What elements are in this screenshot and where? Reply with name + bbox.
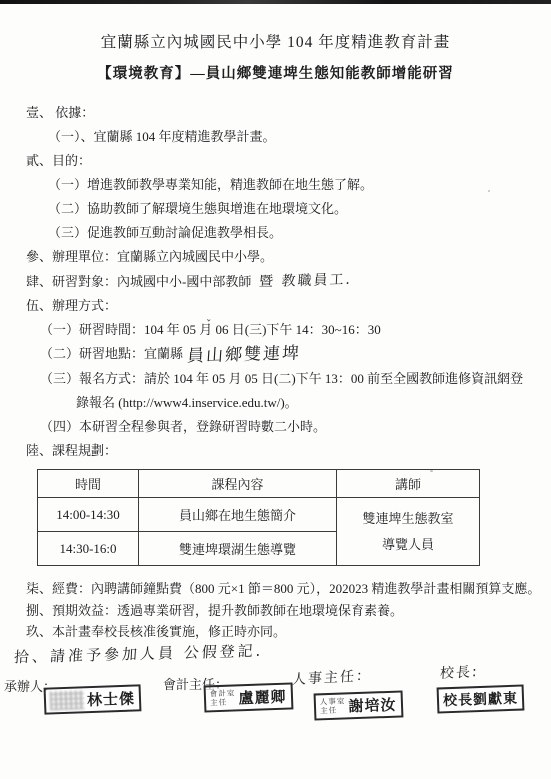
accounting-stamp-title-line2: 主任 — [210, 697, 236, 707]
hr-stamp: 人事室 主任 謝培汝 — [314, 690, 403, 720]
accounting-stamp-title: 會計室 主任 — [210, 689, 236, 707]
line-s5-item2: （二）研習地點：宜蘭縣員山鄉雙連埤 — [40, 342, 551, 367]
document-title: 宜蘭縣立內城國民中小學 104 年度精進教育計畫 — [0, 30, 551, 52]
line-s5-item2-handwritten-place: 員山鄉雙連埤 — [186, 341, 301, 368]
table-header-row: 時間 課程內容 講師 — [38, 470, 480, 498]
line-s4: 肆、研習對象：內城國中小-國中部教師暨 教職員工. — [26, 269, 551, 294]
principal-label-text: 校長: — [440, 660, 480, 682]
column-header-instructor: 講師 — [337, 470, 480, 498]
accounting-stamp: 會計室 主任 盧麗卿 — [204, 682, 293, 712]
line-s7: 柒、經費：內聘講師鐘點費（800 元×1 節＝800 元），202023 精進教… — [26, 578, 551, 600]
cell-time-1: 14:00-14:30 — [38, 498, 139, 532]
scan-noise-dot — [430, 470, 433, 472]
instructor-line1: 雙連埤生態教室 — [343, 506, 473, 532]
cell-time-2: 14:30-16:0 — [38, 532, 139, 566]
line-s4-printed: 肆、研習對象：內城國中小-國中部教師 — [26, 274, 251, 289]
course-schedule-table: 時間 課程內容 講師 14:00-14:30 員山鄉在地生態簡介 雙連埤生態教室… — [37, 469, 480, 566]
table-row: 14:00-14:30 員山鄉在地生態簡介 雙連埤生態教室 導覽人員 — [38, 498, 480, 532]
line-s5-heading: 伍、辦理方式： — [26, 294, 551, 318]
organizer-stamp-name: 林士傑 — [87, 687, 136, 710]
line-s9: 玖、本計畫奉校長核准後實施，修正時亦同。 — [26, 621, 551, 643]
scan-noise-dot — [36, 115, 38, 117]
document-subtitle: 【環境教育】—員山鄉雙連埤生態知能教師增能研習 — [0, 62, 551, 83]
organizer-stamp: 林士傑 — [44, 684, 142, 714]
line-s5-item4: （四）本研習全程參與者，登錄研習時數二小時。 — [40, 415, 551, 439]
cell-instructor-merged: 雙連埤生態教室 導覽人員 — [337, 498, 480, 566]
signature-area: 承辦人： 林士傑 會計主任： 會計室 主任 盧麗卿 人事主任： 人事室 主任 謝… — [0, 670, 551, 779]
instructor-line2: 導覽人員 — [343, 532, 473, 558]
cell-content-1: 員山鄉在地生態簡介 — [139, 498, 337, 532]
line-s1-heading: 壹、 依據： — [26, 101, 551, 125]
stamp-smudge-illegible — [50, 690, 85, 710]
line-s2-item1: （一）增進教師教學專業知能，精進教師在地生態了解。 — [48, 173, 551, 197]
scan-artifact-top-bar — [0, 0, 551, 4]
principal-stamp: 校長劉獻東 — [437, 684, 525, 713]
line-s5-item1: （一）研習時間：104 年 05 月 06 日(三)下午 14：30~16：30 — [40, 318, 551, 342]
line-s2-heading: 貳、目的： — [26, 149, 551, 173]
line-s2-item2: （二）協助教師了解環境生態與增進在地環境文化。 — [48, 197, 551, 221]
line-s5-item3-line2: 錄報名 (http://www4.inservice.edu.tw/)。 — [76, 391, 551, 415]
line-s8: 捌、預期效益：透過專業研習，提升教師教師在地環境保育素養。 — [26, 600, 551, 622]
line-s10-handwritten-text: 拾、請准予參加人員 公假登記. — [13, 639, 264, 668]
principal-stamp-name: 校長劉獻東 — [443, 687, 519, 710]
line-s5-item2-printed: （二）研習地點：宜蘭縣 — [40, 346, 183, 361]
line-s4-handwritten-note: 暨 教職員工. — [259, 268, 353, 294]
hr-stamp-title-line2: 主任 — [320, 705, 346, 715]
scan-noise-dot — [488, 190, 490, 192]
column-header-time: 時間 — [38, 470, 139, 498]
line-s6-heading: 陸、課程規劃： — [26, 439, 551, 463]
accounting-stamp-name: 盧麗卿 — [238, 685, 287, 708]
hr-stamp-name: 謝培汝 — [348, 693, 397, 716]
line-s1-item1: （一）、宜蘭縣 104 年度精進教學計畫。 — [48, 125, 551, 149]
hr-stamp-title: 人事室 主任 — [320, 697, 346, 715]
document-body: 壹、 依據： （一）、宜蘭縣 104 年度精進教學計畫。 貳、目的： （一）增進… — [0, 101, 551, 463]
hr-director-label-handwritten: 人事主任： — [292, 667, 372, 687]
line-s2-item3: （三）促進教師互動討論促進教學相長。 — [48, 221, 551, 245]
hr-director-label-text: 人事主任： — [292, 664, 373, 688]
principal-label-handwritten: 校長: — [440, 662, 479, 682]
cell-content-2: 雙連埤環湖生態導覽 — [139, 532, 337, 566]
line-s3: 參、辦理單位：宜蘭縣立內城國民中小學。 — [26, 245, 551, 269]
scanned-document-page: 宜蘭縣立內城國民中小學 104 年度精進教育計畫 【環境教育】—員山鄉雙連埤生態… — [0, 0, 551, 779]
column-header-content: 課程內容 — [139, 470, 337, 498]
line-s5-item3-line1: （三）報名方式：請於 104 年 05 月 05 日(二)下午 13：00 前至… — [40, 367, 551, 391]
document-footer-text: 柒、經費：內聘講師鐘點費（800 元×1 節＝800 元），202023 精進教… — [0, 578, 551, 666]
